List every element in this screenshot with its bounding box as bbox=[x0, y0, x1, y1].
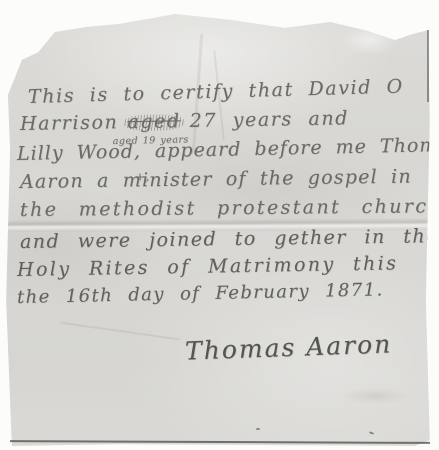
handwriting-line-6: and were joined to gether in the bbox=[20, 225, 439, 253]
paper-right-edge-shadow bbox=[427, 30, 429, 102]
line-text: appeard before me Thomas- bbox=[155, 134, 439, 163]
inserted-text: aged 19 years bbox=[113, 134, 189, 147]
handwriting-line-2: Harrisonaged27 years and bbox=[20, 107, 349, 135]
paper: This is to certify that David O Harrison… bbox=[0, 0, 439, 450]
speck bbox=[369, 431, 374, 435]
handwriting-line-7: Holy Rites of Matrimony this bbox=[17, 252, 399, 281]
speck bbox=[256, 428, 260, 430]
line-text: and were joined to gether in the bbox=[20, 225, 439, 253]
line-text: the 16th day of February 1871. bbox=[17, 279, 384, 308]
crease-mark bbox=[60, 322, 179, 341]
paper-highlight bbox=[330, 20, 410, 60]
handwriting-line-8: the 16th day of February 1871. bbox=[17, 279, 384, 308]
signature: Thomas Aaron bbox=[185, 329, 393, 365]
struck-word: aged bbox=[127, 110, 181, 133]
line-text: This is to certify that David O bbox=[28, 76, 404, 108]
handwriting-line-1: This is to certify that David O bbox=[28, 76, 404, 108]
stain bbox=[330, 385, 420, 407]
line-text: Aaron a minister of the gospel in bbox=[20, 166, 412, 193]
line-text: 27 years and bbox=[189, 107, 349, 132]
scan-background: This is to certify that David O Harrison… bbox=[0, 0, 439, 450]
line-text: Holy Rites of Matrimony this bbox=[17, 252, 399, 281]
line-text: Harrison bbox=[20, 111, 119, 135]
handwriting-line-5: the methodist protestant church bbox=[20, 195, 439, 221]
handwriting-line-4: Aaron a minister of the gospel in bbox=[20, 166, 412, 193]
handwriting-line-3: Lilly Wood,aged 19 years+,appeard before… bbox=[17, 134, 439, 165]
line-text: the methodist protestant church bbox=[20, 195, 439, 221]
